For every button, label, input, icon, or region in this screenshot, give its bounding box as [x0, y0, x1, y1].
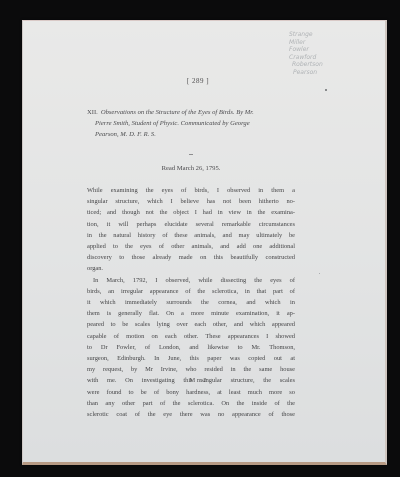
pencil-note: Robertson [292, 61, 323, 69]
pencil-note: Pearson [293, 69, 323, 77]
title-line-3: Pearson, M. D. F. R. S. [87, 129, 293, 140]
article-number: XII. [87, 109, 98, 116]
body-line: were found to be of bony hardness, at le… [87, 387, 295, 398]
body-line: singular structure, which I believe has … [87, 196, 295, 207]
body-line: organ. [87, 263, 295, 274]
body-line: them is generally flat. On a more minute… [87, 308, 295, 319]
body-line: in the natural history of these animals,… [87, 230, 295, 241]
body-text: While examining the eyes of birds, I obs… [87, 185, 295, 420]
body-line: my request, by Mr Irvine, who resided in… [87, 364, 295, 375]
title-line-1: XII.Observations on the Structure of the… [87, 107, 293, 118]
body-line: to Dr Fowler, of London, and likewise to… [87, 342, 295, 353]
signature-mark: M m 2 [183, 377, 213, 384]
paper-speck [325, 89, 327, 91]
pencil-note: Crawford [289, 54, 323, 62]
body-line: applied to the eyes of other animals, an… [87, 241, 295, 252]
pencil-note: Miller [289, 39, 323, 47]
article-title: XII.Observations on the Structure of the… [87, 107, 293, 140]
body-line: surgeon, Edinburgh. In June, this paper … [87, 353, 295, 364]
title-line-2: Pierre Smith, Student of Physic. Communi… [87, 118, 293, 129]
body-line: capable of motion on each other. These a… [87, 331, 295, 342]
body-line: In March, 1792, I observed, while dissec… [87, 275, 295, 286]
pencil-note: Strange [289, 31, 323, 39]
body-line: sclerotic coat of the eye there was no a… [87, 409, 295, 420]
body-line: tion, it will perhaps elucidate several … [87, 219, 295, 230]
body-line: ticed; and though not the object I had i… [87, 207, 295, 218]
title-text: Observations on the Structure of the Eye… [101, 109, 254, 116]
body-line: it which immediately surrounds the corne… [87, 297, 295, 308]
body-line: than any other part of the sclerotica. O… [87, 398, 295, 409]
read-date: Read March 26, 1795. [141, 165, 241, 172]
pencil-note: Fowler [289, 46, 323, 54]
pencil-annotations: Strange Miller Fowler Crawford Robertson… [289, 31, 323, 76]
paper-page: Strange Miller Fowler Crawford Robertson… [22, 20, 387, 465]
separator-rule [189, 154, 193, 155]
body-line: birds, an irregular appearance of the sc… [87, 286, 295, 297]
body-line: While examining the eyes of birds, I obs… [87, 185, 295, 196]
body-line: discovery to those already made on this … [87, 252, 295, 263]
page-number: [ 289 ] [163, 77, 233, 85]
body-line: peared to be scales lying over each othe… [87, 319, 295, 330]
paper-speck [319, 273, 320, 274]
